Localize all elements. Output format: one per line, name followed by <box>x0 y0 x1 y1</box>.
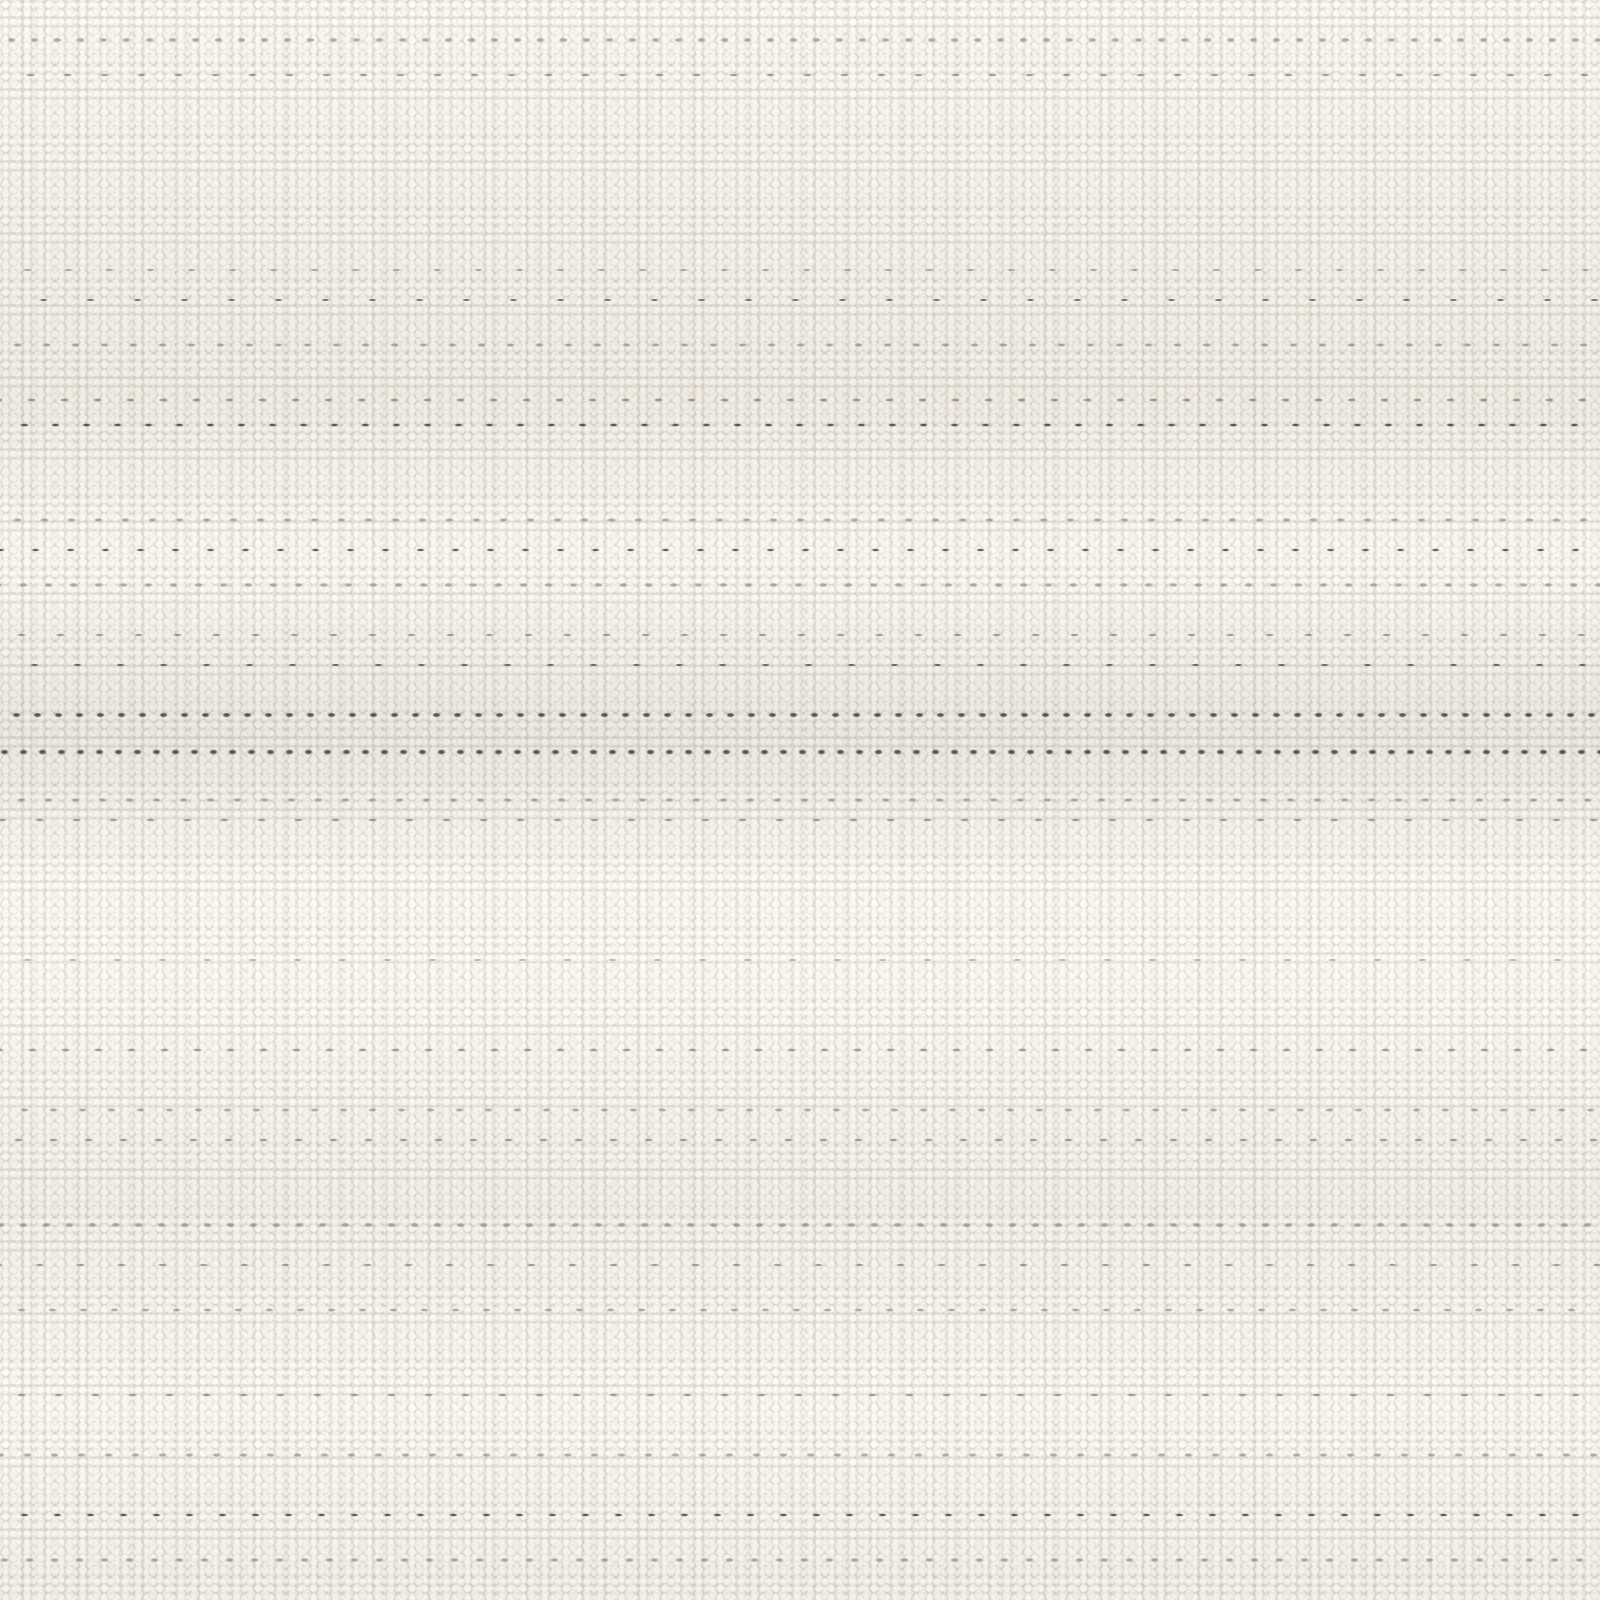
tonal-shading <box>0 0 1600 1600</box>
boucle-fabric-texture <box>0 0 1600 1600</box>
